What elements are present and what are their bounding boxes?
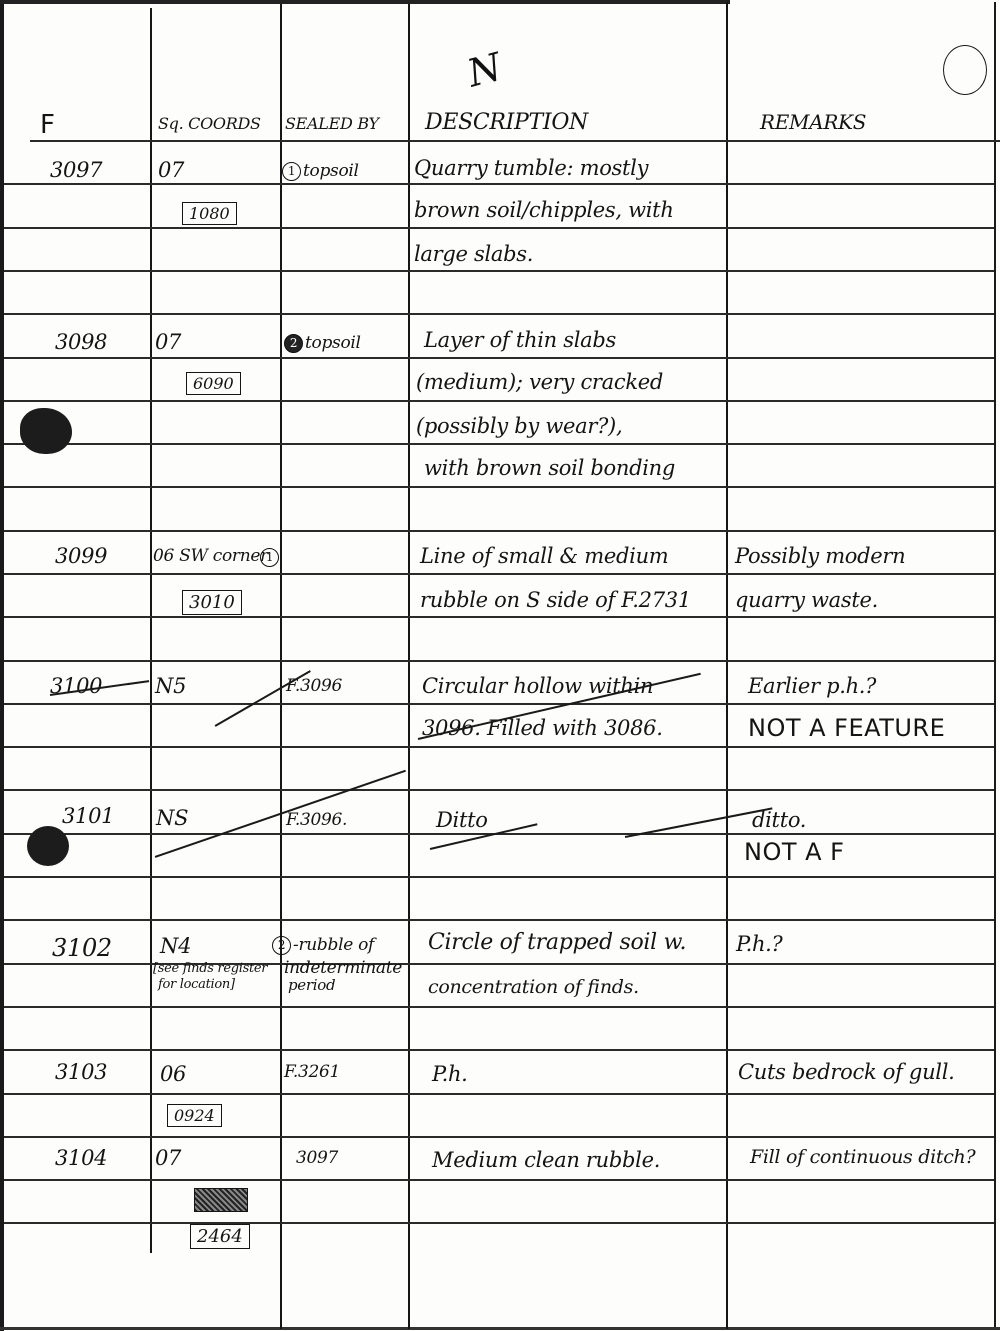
ruled-line	[4, 1179, 994, 1181]
header-sq-coords: Sq. COORDS	[158, 116, 261, 132]
feature-number: 3102	[52, 936, 112, 960]
description-line: Medium clean rubble.	[432, 1150, 660, 1171]
ruled-line	[4, 1222, 994, 1224]
description-line: Ditto	[436, 810, 488, 831]
column-divider-sealed	[280, 4, 282, 1329]
ruled-line	[4, 573, 994, 575]
feature-number: 3098	[55, 332, 107, 353]
sq-coords: NS	[156, 808, 188, 829]
header-description: DESCRIPTION	[425, 112, 588, 134]
description-line: with brown soil bonding	[424, 458, 675, 479]
header-sealed-by: SEALED BY	[285, 116, 379, 132]
ruled-line	[4, 616, 994, 618]
ruled-line	[4, 1049, 994, 1051]
sealed-by-number: 1	[282, 162, 301, 181]
description-line: (possibly by wear?),	[416, 416, 622, 437]
sealed-by-text: topsoil	[303, 161, 359, 181]
record-sheet: N F Sq. COORDS SEALED BY DESCRIPTION REM…	[0, 0, 1000, 1331]
ruled-line	[4, 443, 994, 445]
sealed-by: 3097	[296, 1150, 338, 1167]
remarks-not-a-feature: NOT A F	[744, 840, 844, 864]
sealed-by-number: 1	[260, 548, 279, 567]
sheet-border-right	[994, 2, 996, 1329]
description-line: P.h.	[432, 1064, 468, 1085]
ruled-line	[4, 313, 994, 315]
sealed-by: 2-rubble of	[272, 936, 374, 955]
ruled-line	[4, 183, 994, 185]
sealed-by-line: indeterminate	[284, 960, 402, 977]
sq-coords: N5	[155, 676, 186, 697]
description-line: (medium); very cracked	[416, 372, 663, 393]
column-divider-sq	[150, 8, 152, 1253]
description-line: Line of small & medium	[420, 546, 668, 567]
description-line: large slabs.	[414, 244, 533, 265]
ruled-line	[4, 703, 994, 705]
sq-reference-box: 2464	[190, 1224, 250, 1249]
remarks-line: Fill of continuous ditch?	[750, 1148, 975, 1167]
sheet-border-top	[0, 0, 730, 4]
sealed-by-text: topsoil	[305, 333, 361, 353]
remarks-line: P.h.?	[736, 934, 783, 955]
ruled-line	[4, 400, 994, 402]
ruled-line	[4, 227, 994, 229]
description-line: Circular hollow within	[422, 676, 653, 697]
description-line: brown soil/chipples, with	[414, 200, 674, 221]
sq-note-line: [see finds register	[153, 962, 267, 975]
strike-through-line	[215, 670, 311, 726]
ruled-line	[4, 530, 994, 532]
ruled-line	[4, 270, 994, 272]
north-arrow-mark: N	[463, 44, 507, 95]
sheet-border-left	[0, 0, 4, 1331]
sealed-by: 2topsoil	[284, 334, 361, 353]
sheet-border-bottom	[0, 1327, 1000, 1330]
remarks-line: quarry waste.	[735, 590, 878, 611]
punch-hole-circle	[943, 45, 987, 95]
feature-number: 3097	[50, 160, 102, 181]
sealed-by: 1	[260, 548, 281, 567]
ruled-line	[4, 1093, 994, 1095]
column-divider-description	[408, 4, 410, 1329]
struck-sq-reference-box	[194, 1188, 248, 1212]
sq-coords: N4	[160, 936, 191, 957]
sq-coords: 06	[160, 1064, 186, 1085]
sq-coords: 07	[155, 1148, 181, 1169]
ink-blot	[20, 408, 72, 454]
sq-coords: 06 SW corner	[153, 548, 268, 565]
column-divider-remarks	[726, 2, 728, 1329]
remarks-line: Earlier p.h.?	[748, 676, 876, 697]
sq-reference-box: 0924	[167, 1104, 222, 1127]
description-line: Layer of thin slabs	[424, 330, 616, 351]
sq-coords: 07	[158, 160, 184, 181]
sq-reference-box: 1080	[182, 202, 237, 225]
ruled-line	[4, 486, 994, 488]
sealed-by: F.3096.	[286, 812, 347, 829]
ruled-line	[4, 660, 994, 662]
description-line: concentration of finds.	[428, 978, 639, 997]
remarks-line: Possibly modern	[735, 546, 905, 567]
remarks-not-a-feature: NOT A FEATURE	[748, 716, 945, 740]
ruled-line	[4, 1136, 994, 1138]
sealed-by-line: period	[288, 978, 335, 993]
remarks-line: ditto.	[752, 810, 806, 831]
ruled-line	[30, 140, 1000, 142]
header-remarks: REMARKS	[760, 112, 866, 132]
sealed-by-number: 2	[272, 936, 291, 955]
feature-number: 3104	[55, 1148, 107, 1169]
description-line: rubble on S side of F.2731	[420, 590, 691, 611]
ruled-line	[4, 919, 994, 921]
ink-blot	[27, 826, 69, 866]
ruled-line	[4, 746, 994, 748]
ruled-line	[4, 357, 994, 359]
feature-number: 3101	[62, 806, 114, 827]
header-f: F	[40, 112, 55, 138]
feature-number: 3103	[55, 1062, 107, 1083]
ruled-line	[4, 789, 994, 791]
sq-reference-box: 6090	[186, 372, 241, 395]
ruled-line	[4, 1006, 994, 1008]
feature-number: 3099	[55, 546, 107, 567]
sealed-by: F.3261	[284, 1064, 340, 1081]
sq-note-line: for location]	[158, 978, 235, 991]
sq-coords: 07	[155, 332, 181, 353]
sealed-by: 1topsoil	[282, 162, 359, 181]
sealed-by-number: 2	[284, 334, 303, 353]
description-line: Circle of trapped soil w.	[428, 932, 686, 954]
remarks-line: Cuts bedrock of gull.	[738, 1062, 955, 1083]
description-line: Quarry tumble: mostly	[414, 158, 648, 179]
sealed-by-text: -rubble of	[293, 935, 374, 955]
sq-reference-box: 3010	[182, 590, 242, 615]
ruled-line	[4, 876, 994, 878]
